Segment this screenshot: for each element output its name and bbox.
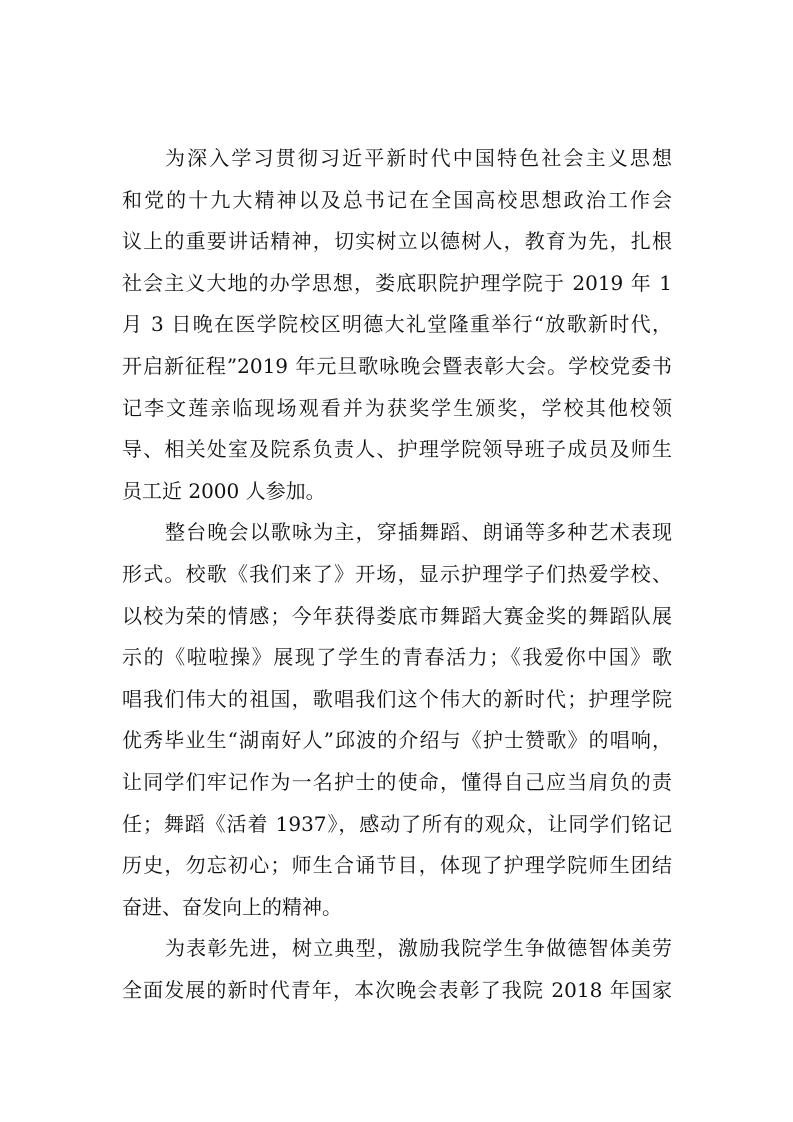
document-page: 为深入学习贯彻习近平新时代中国特色社会主义思想 和党的十九大精神以及总书记在全国… bbox=[0, 0, 793, 1122]
text-line: 全面发展的新时代青年，本次晚会表彰了我院 2018 年国家 bbox=[122, 970, 672, 1012]
text-line: 为表彰先进，树立典型，激励我院学生争做德智体美劳 bbox=[122, 928, 672, 970]
text-line: 月 3 日晚在医学院校区明德大礼堂隆重举行“放歌新时代， bbox=[122, 304, 672, 346]
text-line: 任；舞蹈《活着 1937》，感动了所有的观众，让同学们铭记 bbox=[122, 804, 672, 846]
text-line: 开启新征程”2019 年元旦歌咏晚会暨表彰大会。学校党委书 bbox=[122, 346, 672, 388]
paragraph-3: 为表彰先进，树立典型，激励我院学生争做德智体美劳 全面发展的新时代青年，本次晚会… bbox=[122, 928, 672, 1011]
text-line: 形式。校歌《我们来了》开场，显示护理学子们热爱学校、 bbox=[122, 554, 672, 596]
text-line: 记李文莲亲临现场观看并为获奖学生颁奖，学校其他校领 bbox=[122, 388, 672, 430]
text-line: 社会主义大地的办学思想，娄底职院护理学院于 2019 年 1 bbox=[122, 263, 672, 305]
text-line: 和党的十九大精神以及总书记在全国高校思想政治工作会 bbox=[122, 180, 672, 222]
text-line: 员工近 2000 人参加。 bbox=[122, 471, 672, 513]
text-line: 奋进、奋发向上的精神。 bbox=[122, 887, 672, 929]
text-line: 为深入学习贯彻习近平新时代中国特色社会主义思想 bbox=[122, 138, 672, 180]
text-line: 导、相关处室及院系负责人、护理学院领导班子成员及师生 bbox=[122, 429, 672, 471]
text-line: 示的《啦啦操》展现了学生的青春活力；《我爱你中国》歌 bbox=[122, 637, 672, 679]
text-line: 优秀毕业生“湖南好人”邱波的介绍与《护士赞歌》的唱响， bbox=[122, 720, 672, 762]
text-line: 议上的重要讲话精神，切实树立以德树人，教育为先，扎根 bbox=[122, 221, 672, 263]
text-line: 让同学们牢记作为一名护士的使命，懂得自己应当肩负的责 bbox=[122, 762, 672, 804]
text-line: 历史，勿忘初心；师生合诵节目，体现了护理学院师生团结 bbox=[122, 845, 672, 887]
text-line: 以校为荣的情感；今年获得娄底市舞蹈大赛金奖的舞蹈队展 bbox=[122, 596, 672, 638]
paragraph-1: 为深入学习贯彻习近平新时代中国特色社会主义思想 和党的十九大精神以及总书记在全国… bbox=[122, 138, 672, 512]
paragraph-2: 整台晚会以歌咏为主，穿插舞蹈、朗诵等多种艺术表现 形式。校歌《我们来了》开场，显… bbox=[122, 512, 672, 928]
text-line: 整台晚会以歌咏为主，穿插舞蹈、朗诵等多种艺术表现 bbox=[122, 512, 672, 554]
text-line: 唱我们伟大的祖国，歌唱我们这个伟大的新时代；护理学院 bbox=[122, 679, 672, 721]
document-body: 为深入学习贯彻习近平新时代中国特色社会主义思想 和党的十九大精神以及总书记在全国… bbox=[122, 138, 672, 1011]
